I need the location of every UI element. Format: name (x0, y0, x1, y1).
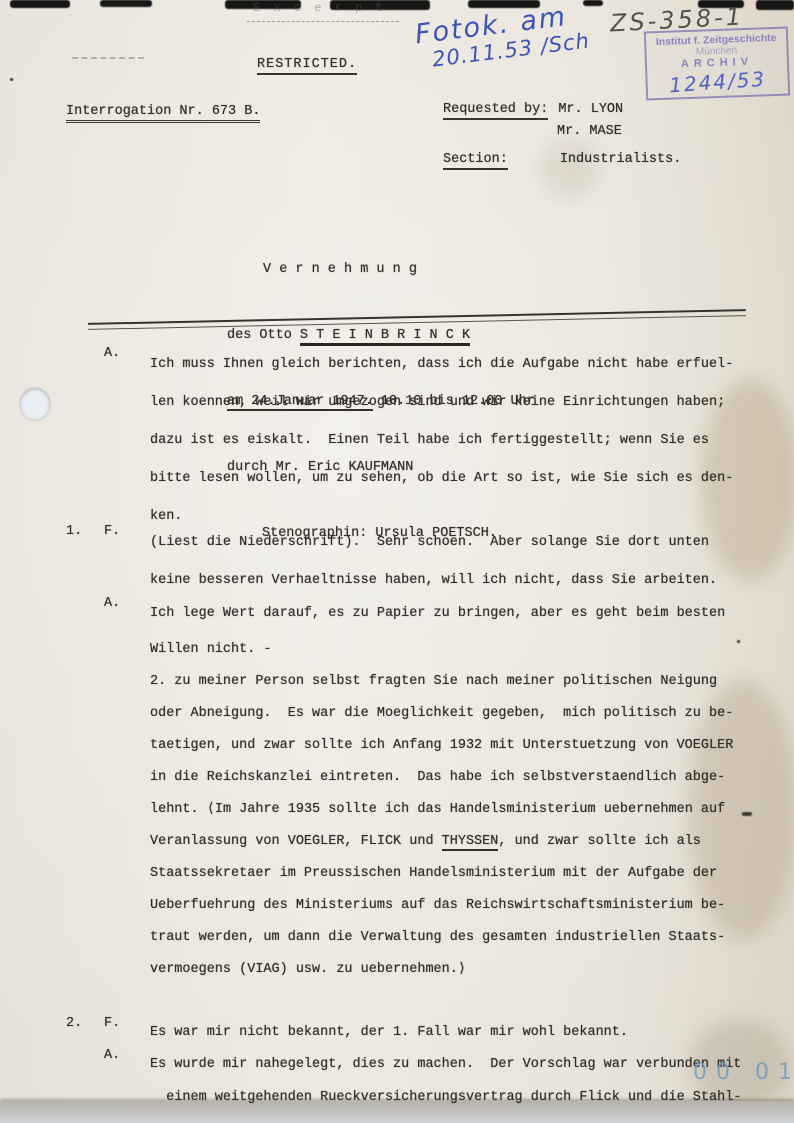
scan-edge-artifact (583, 0, 603, 6)
requested-by-label: Requested by: (443, 102, 548, 120)
text-line: Ich muss Ihnen gleich berichten, dass ic… (150, 346, 772, 384)
text-line: oder Abneigung. Es war die Moeglichkeit … (150, 698, 772, 730)
speaker-label (104, 666, 150, 986)
text-line: keine besseren Verhaeltnisse haben, will… (150, 562, 772, 600)
paragraph-number (66, 1048, 104, 1114)
paragraph-1f: 1. F. (Liest die Niederschrift). Sehr sc… (66, 524, 772, 600)
text-line: bitte lesen wollen, um zu sehen, ob die … (150, 460, 772, 498)
scan-speck (10, 78, 13, 81)
faint-excerpt-text: E x c e r p t. (253, 1, 396, 15)
underlined-name-thyssen: THYSSEN (442, 834, 499, 851)
text-line: in die Reichskanzlei eintreten. Das habe… (150, 762, 772, 794)
text-segment: Veranlassung von VOEGLER, FLICK und (150, 834, 442, 849)
heading-subject-prefix: des Otto (227, 328, 300, 343)
heading-subject-name: S T E I N B R I N C K (300, 328, 470, 346)
interrogation-number: Interrogation Nr. 673 B. (66, 104, 260, 123)
paragraph-number (66, 666, 104, 986)
text-line: Veranlassung von VOEGLER, FLICK und THYS… (150, 826, 772, 858)
speaker-label: A. (104, 596, 150, 668)
pencil-mark (72, 57, 144, 59)
text-line: (Liest die Niederschrift). Sehr schoen. … (150, 524, 772, 562)
text-line: len koennen, weil wir umgezogen sind und… (150, 384, 772, 422)
speaker-label: A. (104, 1048, 150, 1114)
handwritten-photo-note: Fotok. am 20.11.53 /Sch (413, 0, 591, 73)
text-line: 2. zu meiner Person selbst fragten Sie n… (150, 666, 772, 698)
text-line: Ueberfuehrung des Ministeriums auf das R… (150, 890, 772, 922)
heading-subject-line: des Otto S T E I N B R I N C K (227, 325, 535, 347)
speaker-label: F. (104, 524, 150, 600)
text-line: Es war mir nicht bekannt, der 1. Fall wa… (150, 1016, 772, 1049)
heading-title: V e r n e h m u n g (263, 259, 535, 281)
scan-edge-artifact (10, 0, 70, 8)
paragraph-a1: A. Ich muss Ihnen gleich berichten, dass… (66, 346, 772, 536)
text-line: dazu ist es eiskalt. Einen Teil habe ich… (150, 422, 772, 460)
paragraph-number: 1. (66, 524, 104, 600)
text-line: Staatssekretaer im Preussischen Handelsm… (150, 858, 772, 890)
text-line: lehnt. ⟨Im Jahre 1935 sollte ich das Han… (150, 794, 772, 826)
text-line: Ich lege Wert darauf, es zu Papier zu br… (150, 596, 772, 632)
requested-by-row: Requested by:Mr. LYON (443, 102, 623, 117)
requested-by-name-2: Mr. MASE (557, 124, 622, 139)
paragraph-point2: 2. zu meiner Person selbst fragten Sie n… (66, 666, 772, 986)
paragraph-number: 2. (66, 1016, 104, 1049)
page-number-stamp: 00 01 (693, 1060, 794, 1085)
dashed-line (247, 21, 399, 22)
paragraph-2f: 2. F. Es war mir nicht bekannt, der 1. F… (66, 1016, 772, 1049)
section-label: Section: (443, 152, 508, 170)
text-line: taetigen, und zwar sollte ich Anfang 193… (150, 730, 772, 762)
classification-marking: RESTRICTED. (257, 57, 357, 75)
archive-stamp: Institut f. Zeitgeschichte München ARCHI… (644, 27, 790, 101)
text-segment: , und zwar sollte ich als (498, 834, 701, 849)
paper-stain (540, 138, 600, 198)
punch-hole (20, 388, 50, 420)
paragraph-a3: A. Es wurde mir nahegelegt, dies zu mach… (66, 1048, 772, 1114)
paragraph-number (66, 346, 104, 536)
text-line: vermoegens (VIAG) usw. zu uebernehmen.⟩ (150, 954, 772, 986)
paragraph-number (66, 596, 104, 668)
requested-by-name-1: Mr. LYON (558, 102, 623, 117)
section-row: Section:Industrialists. (443, 152, 681, 167)
section-value: Industrialists. (560, 152, 682, 167)
text-line: Es wurde mir nahegelegt, dies zu machen.… (150, 1048, 772, 1081)
text-line: traut werden, um dann die Verwaltung des… (150, 922, 772, 954)
paragraph-a2: A. Ich lege Wert darauf, es zu Papier zu… (66, 596, 772, 668)
speaker-label: F. (104, 1016, 150, 1049)
text-line: einem weitgehenden Rueckversicherungsver… (150, 1081, 772, 1114)
scan-edge-artifact (100, 0, 152, 7)
speaker-label: A. (104, 346, 150, 536)
scanned-document-page: E x c e r p t. Fotok. am 20.11.53 /Sch Z… (0, 0, 794, 1123)
scan-edge-artifact (756, 0, 794, 10)
text-line: Willen nicht. - (150, 632, 772, 668)
